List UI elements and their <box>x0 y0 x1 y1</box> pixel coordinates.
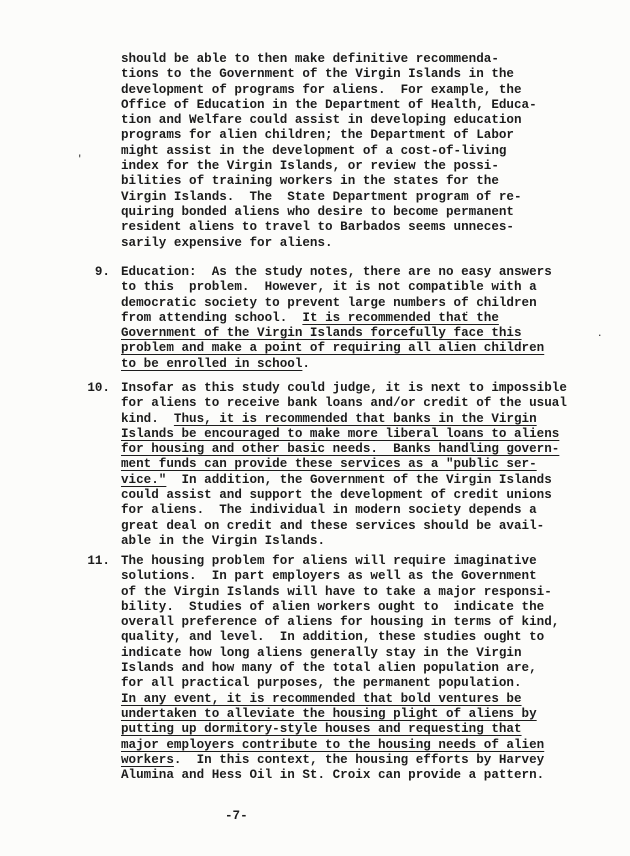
text-line: for housing and other basic needs. Banks… <box>121 442 630 457</box>
text-line: In any event, it is recommended that bol… <box>121 692 630 707</box>
stray-tick-mark: ' <box>77 155 82 164</box>
text-line: for all practical purposes, the permanen… <box>121 676 630 691</box>
text-line: kind. Thus, it is recommended that banks… <box>121 412 630 427</box>
text-line: The housing problem for aliens will requ… <box>121 554 630 569</box>
text-line: bilities of training workers in the stat… <box>121 174 630 189</box>
underlined-text: putting up dormitory-style houses and re… <box>121 722 522 736</box>
text-line: great deal on credit and these services … <box>121 519 630 534</box>
text-segment: In addition, the Government of the Virgi… <box>166 473 551 487</box>
text-segment: from attending school. <box>121 311 302 325</box>
text-line: index for the Virgin Islands, or review … <box>121 159 630 174</box>
paragraph-number: 9. <box>78 265 110 280</box>
text-segment: might assist in the development of a cos… <box>121 144 506 158</box>
underlined-text: Thus, it is recommended that banks in th… <box>174 412 537 426</box>
underlined-text: ment funds can provide these services as… <box>121 457 537 471</box>
text-segment: Office of Education in the Department of… <box>121 98 537 112</box>
text-line: Virgin Islands. The State Department pro… <box>121 190 630 205</box>
text-segment: sarily expensive for aliens. <box>121 236 333 250</box>
text-line: development of programs for aliens. For … <box>121 83 630 98</box>
text-segment: quality, and level. In addition, these s… <box>121 630 544 644</box>
text-segment: index for the Virgin Islands, or review … <box>121 159 499 173</box>
underlined-text: Islands be encouraged to make more liber… <box>121 427 559 441</box>
text-line: for aliens. The individual in modern soc… <box>121 503 630 518</box>
text-segment: quiring bonded aliens who desire to beco… <box>121 205 514 219</box>
text-segment: for aliens to receive bank loans and/or … <box>121 396 567 410</box>
underlined-text: major employers contribute to the housin… <box>121 738 544 752</box>
text-segment: of the Virgin Islands will have to take … <box>121 585 552 599</box>
text-segment: tions to the Government of the Virgin Is… <box>121 67 514 81</box>
text-segment: to this problem. However, it is not comp… <box>121 280 537 294</box>
underlined-text: for housing and other basic needs. Banks… <box>121 442 559 456</box>
text-segment: Education: As the study notes, there are… <box>121 265 552 279</box>
text-segment: indicate how long aliens generally stay … <box>121 646 522 660</box>
text-segment: democratic society to prevent large numb… <box>121 296 537 310</box>
text-segment: overall preference of aliens for housing… <box>121 615 559 629</box>
text-line: major employers contribute to the housin… <box>121 738 630 753</box>
text-line: Islands and how many of the total alien … <box>121 661 630 676</box>
text-line: Education: As the study notes, there are… <box>121 265 630 280</box>
text-segment: could assist and support the development… <box>121 488 552 502</box>
underlined-text: undertaken to alleviate the housing plig… <box>121 707 537 721</box>
underlined-text: Government of the Virgin Islands forcefu… <box>121 326 522 340</box>
text-line: to be enrolled in school. <box>121 357 630 372</box>
text-segment: for all practical purposes, the permanen… <box>121 676 522 690</box>
text-line: overall preference of aliens for housing… <box>121 615 630 630</box>
text-segment: Islands and how many of the total alien … <box>121 661 537 675</box>
text-line: quiring bonded aliens who desire to beco… <box>121 205 630 220</box>
text-segment: bility. Studies of alien workers ought t… <box>121 600 544 614</box>
text-segment: development of programs for aliens. For … <box>121 83 522 97</box>
text-segment: able in the Virgin Islands. <box>121 534 325 548</box>
text-line: from attending school. It is recommended… <box>121 311 630 326</box>
text-line: Alumina and Hess Oil in St. Croix can pr… <box>121 768 630 783</box>
text-line: resident aliens to travel to Barbados se… <box>121 220 630 235</box>
page-number: -7- <box>225 809 248 824</box>
text-line: Insofar as this study could judge, it is… <box>121 381 630 396</box>
text-line: quality, and level. In addition, these s… <box>121 630 630 645</box>
underlined-text: It is recommended that the <box>302 311 499 325</box>
text-segment: . In this context, the housing efforts b… <box>174 753 544 767</box>
text-line: Islands be encouraged to make more liber… <box>121 427 630 442</box>
text-line: programs for alien children; the Departm… <box>121 128 630 143</box>
text-segment: kind. <box>121 412 174 426</box>
paragraph-9: 9.Education: As the study notes, there a… <box>0 265 630 372</box>
paragraph-number: 11. <box>78 554 110 569</box>
paragraph-11: 11.The housing problem for aliens will r… <box>0 554 630 783</box>
text-line: Office of Education in the Department of… <box>121 98 630 113</box>
text-line: tion and Welfare could assist in develop… <box>121 113 630 128</box>
text-line: undertaken to alleviate the housing plig… <box>121 707 630 722</box>
text-line: might assist in the development of a cos… <box>121 144 630 159</box>
text-line: able in the Virgin Islands. <box>121 534 630 549</box>
underlined-text: to be enrolled in school <box>121 357 302 371</box>
stray-speck-mark: . <box>597 330 602 339</box>
text-line: vice." In addition, the Government of th… <box>121 473 630 488</box>
text-line: for aliens to receive bank loans and/or … <box>121 396 630 411</box>
text-line: democratic society to prevent large numb… <box>121 296 630 311</box>
text-line: ment funds can provide these services as… <box>121 457 630 472</box>
text-line: workers. In this context, the housing ef… <box>121 753 630 768</box>
text-segment: Virgin Islands. The State Department pro… <box>121 190 522 204</box>
underlined-text: problem and make a point of requiring al… <box>121 341 544 355</box>
text-segment: bilities of training workers in the stat… <box>121 174 499 188</box>
text-segment: . <box>302 357 310 371</box>
text-line: to this problem. However, it is not comp… <box>121 280 630 295</box>
paragraph-10: 10.Insofar as this study could judge, it… <box>0 381 630 549</box>
text-line: of the Virgin Islands will have to take … <box>121 585 630 600</box>
text-segment: resident aliens to travel to Barbados se… <box>121 220 514 234</box>
text-segment: tion and Welfare could assist in develop… <box>121 113 522 127</box>
paragraph-continuation: should be able to then make definitive r… <box>0 52 630 251</box>
text-segment: Alumina and Hess Oil in St. Croix can pr… <box>121 768 544 782</box>
text-line: putting up dormitory-style houses and re… <box>121 722 630 737</box>
stray-dot-mark: · <box>464 309 469 318</box>
text-line: sarily expensive for aliens. <box>121 236 630 251</box>
underlined-text: In any event, it is recommended that bol… <box>121 692 522 706</box>
text-segment: The housing problem for aliens will requ… <box>121 554 537 568</box>
underlined-text: workers <box>121 753 174 767</box>
text-segment: great deal on credit and these services … <box>121 519 544 533</box>
text-segment: should be able to then make definitive r… <box>121 52 499 66</box>
paragraph-number: 10. <box>78 381 110 396</box>
text-line: should be able to then make definitive r… <box>121 52 630 67</box>
text-line: bility. Studies of alien workers ought t… <box>121 600 630 615</box>
text-line: indicate how long aliens generally stay … <box>121 646 630 661</box>
text-segment: Insofar as this study could judge, it is… <box>121 381 567 395</box>
text-line: solutions. In part employers as well as … <box>121 569 630 584</box>
text-segment: solutions. In part employers as well as … <box>121 569 537 583</box>
text-segment: for aliens. The individual in modern soc… <box>121 503 537 517</box>
text-line: problem and make a point of requiring al… <box>121 341 630 356</box>
text-segment: programs for alien children; the Departm… <box>121 128 514 142</box>
typewritten-page: should be able to then make definitive r… <box>0 0 630 856</box>
underlined-text: vice." <box>121 473 166 487</box>
text-line: Government of the Virgin Islands forcefu… <box>121 326 630 341</box>
text-line: could assist and support the development… <box>121 488 630 503</box>
text-line: tions to the Government of the Virgin Is… <box>121 67 630 82</box>
